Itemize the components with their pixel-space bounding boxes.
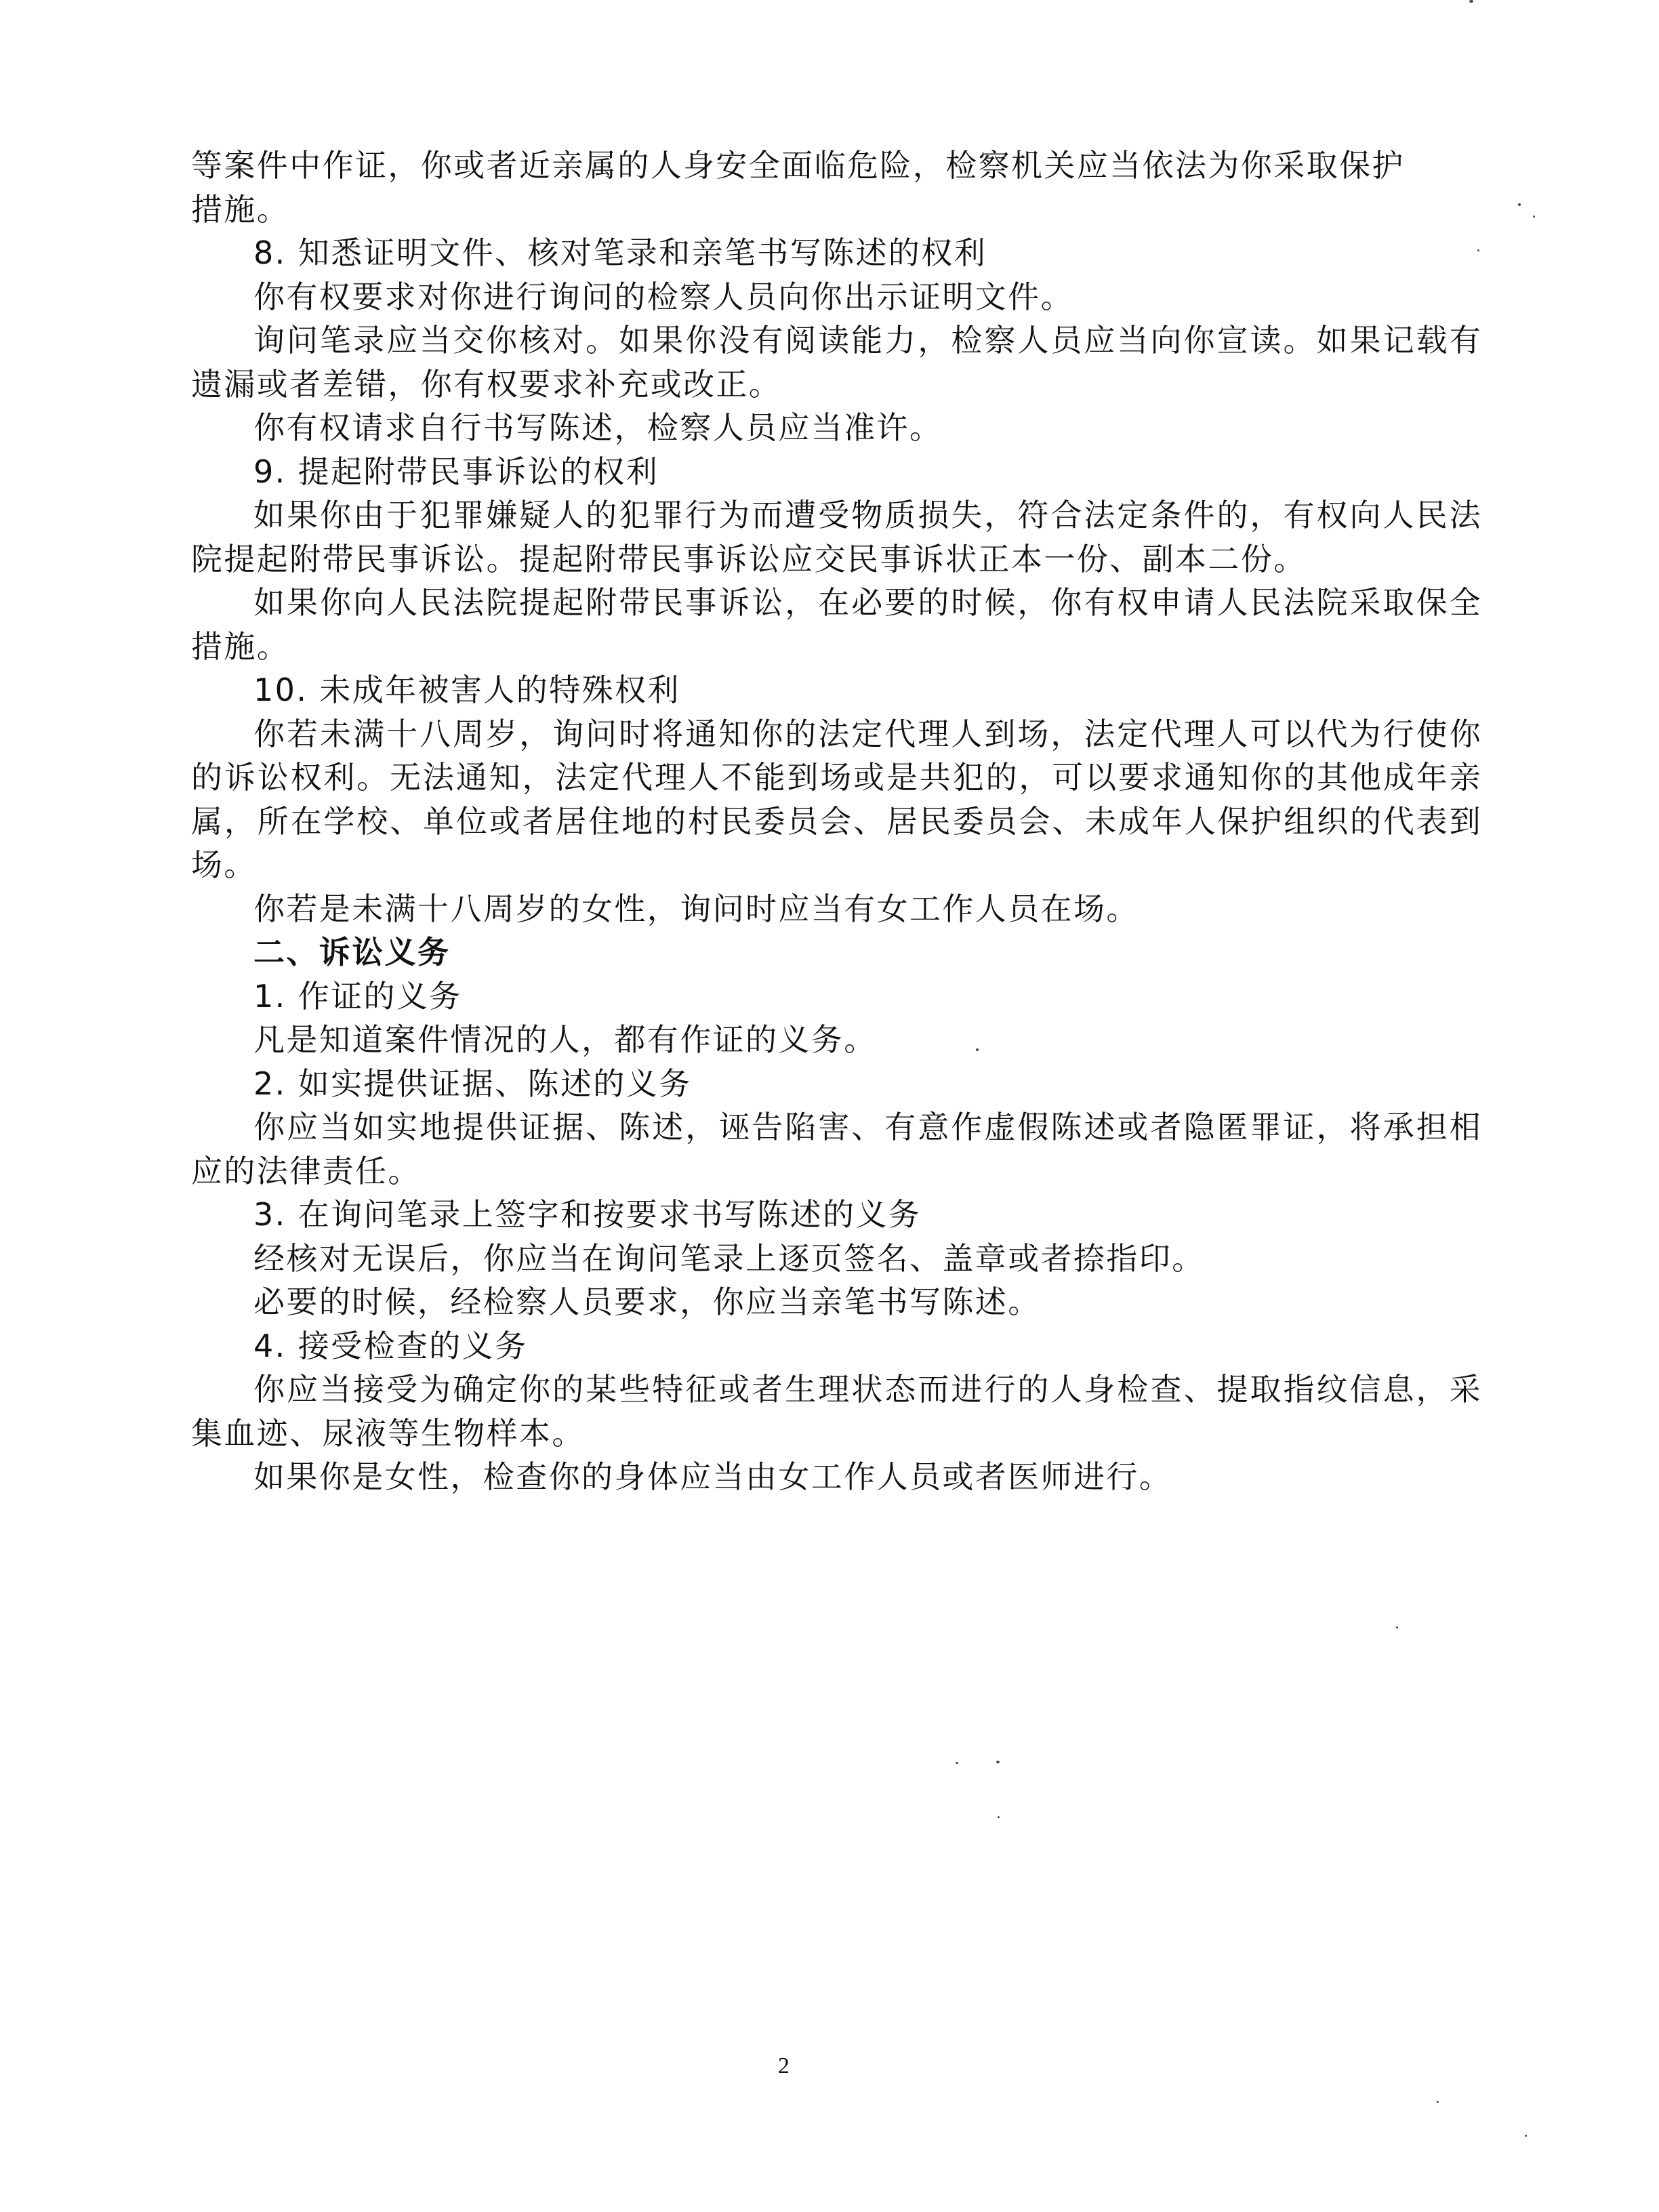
obligation-3-paragraph: 必要的时候，经检察人员要求，你应当亲笔书写陈述。 xyxy=(191,1280,1482,1324)
right-9-paragraph: 如果你向人民法院提起附带民事诉讼，在必要的时候，你有权申请人民法院采取保全措施。 xyxy=(191,581,1482,668)
obligation-2-paragraph: 你应当如实地提供证据、陈述，诬告陷害、有意作虚假陈述或者隐匿罪证，将承担相应的法… xyxy=(191,1105,1482,1193)
right-8-paragraph: 你有权请求自行书写陈述，检察人员应当准许。 xyxy=(191,406,1482,450)
page-number: 2 xyxy=(778,2053,790,2079)
scan-speck xyxy=(1396,1626,1398,1629)
scan-speck xyxy=(1437,2101,1439,2103)
scan-speck xyxy=(1525,2135,1527,2137)
scan-speck xyxy=(956,1762,958,1764)
document-page: 等案件中作证，你或者近亲属的人身安全面临危险，检察机关应当依法为你采取保护 措施… xyxy=(0,0,1659,2212)
scan-speck xyxy=(1477,249,1479,251)
continuation-line: 措施。 xyxy=(191,188,1482,232)
obligations-section-title: 二、诉讼义务 xyxy=(191,930,1482,975)
right-8-heading: 8. 知悉证明文件、核对笔录和亲笔书写陈述的权利 xyxy=(191,231,1482,275)
obligation-4-heading: 4. 接受检查的义务 xyxy=(191,1324,1482,1368)
document-body: 等案件中作证，你或者近亲属的人身安全面临危险，检察机关应当依法为你采取保护 措施… xyxy=(191,144,1482,1499)
obligation-4-paragraph: 如果你是女性，检查你的身体应当由女工作人员或者医师进行。 xyxy=(191,1455,1482,1499)
right-10-paragraph: 你若未满十八周岁，询问时将通知你的法定代理人到场，法定代理人可以代为行使你的诉讼… xyxy=(191,712,1482,887)
continuation-line: 等案件中作证，你或者近亲属的人身安全面临危险，检察机关应当依法为你采取保护 xyxy=(191,144,1482,188)
right-10-paragraph: 你若是未满十八周岁的女性，询问时应当有女工作人员在场。 xyxy=(191,887,1482,931)
scan-speck xyxy=(1469,0,1473,3)
obligation-3-paragraph: 经核对无误后，你应当在询问笔录上逐页签名、盖章或者捺指印。 xyxy=(191,1237,1482,1281)
obligation-1-heading: 1. 作证的义务 xyxy=(191,975,1482,1019)
right-9-paragraph: 如果你由于犯罪嫌疑人的犯罪行为而遭受物质损失，符合法定条件的，有权向人民法院提起… xyxy=(191,493,1482,581)
obligation-3-heading: 3. 在询问笔录上签字和按要求书写陈述的义务 xyxy=(191,1193,1482,1237)
scan-speck xyxy=(996,1761,1000,1763)
scan-speck xyxy=(998,1816,1000,1818)
scan-speck xyxy=(976,1048,979,1051)
right-8-paragraph: 询问笔录应当交你核对。如果你没有阅读能力，检察人员应当向你宣读。如果记载有遗漏或… xyxy=(191,319,1482,406)
obligation-4-paragraph: 你应当接受为确定你的某些特征或者生理状态而进行的人身检查、提取指纹信息，采集血迹… xyxy=(191,1368,1482,1455)
right-9-heading: 9. 提起附带民事诉讼的权利 xyxy=(191,450,1482,494)
right-10-heading: 10. 未成年被害人的特殊权利 xyxy=(191,668,1482,712)
obligation-1-paragraph: 凡是知道案件情况的人，都有作证的义务。 xyxy=(191,1018,1482,1062)
right-8-paragraph: 你有权要求对你进行询问的检察人员向你出示证明文件。 xyxy=(191,275,1482,319)
scan-speck xyxy=(1518,203,1521,206)
obligation-2-heading: 2. 如实提供证据、陈述的义务 xyxy=(191,1062,1482,1106)
scan-speck xyxy=(1533,216,1535,218)
